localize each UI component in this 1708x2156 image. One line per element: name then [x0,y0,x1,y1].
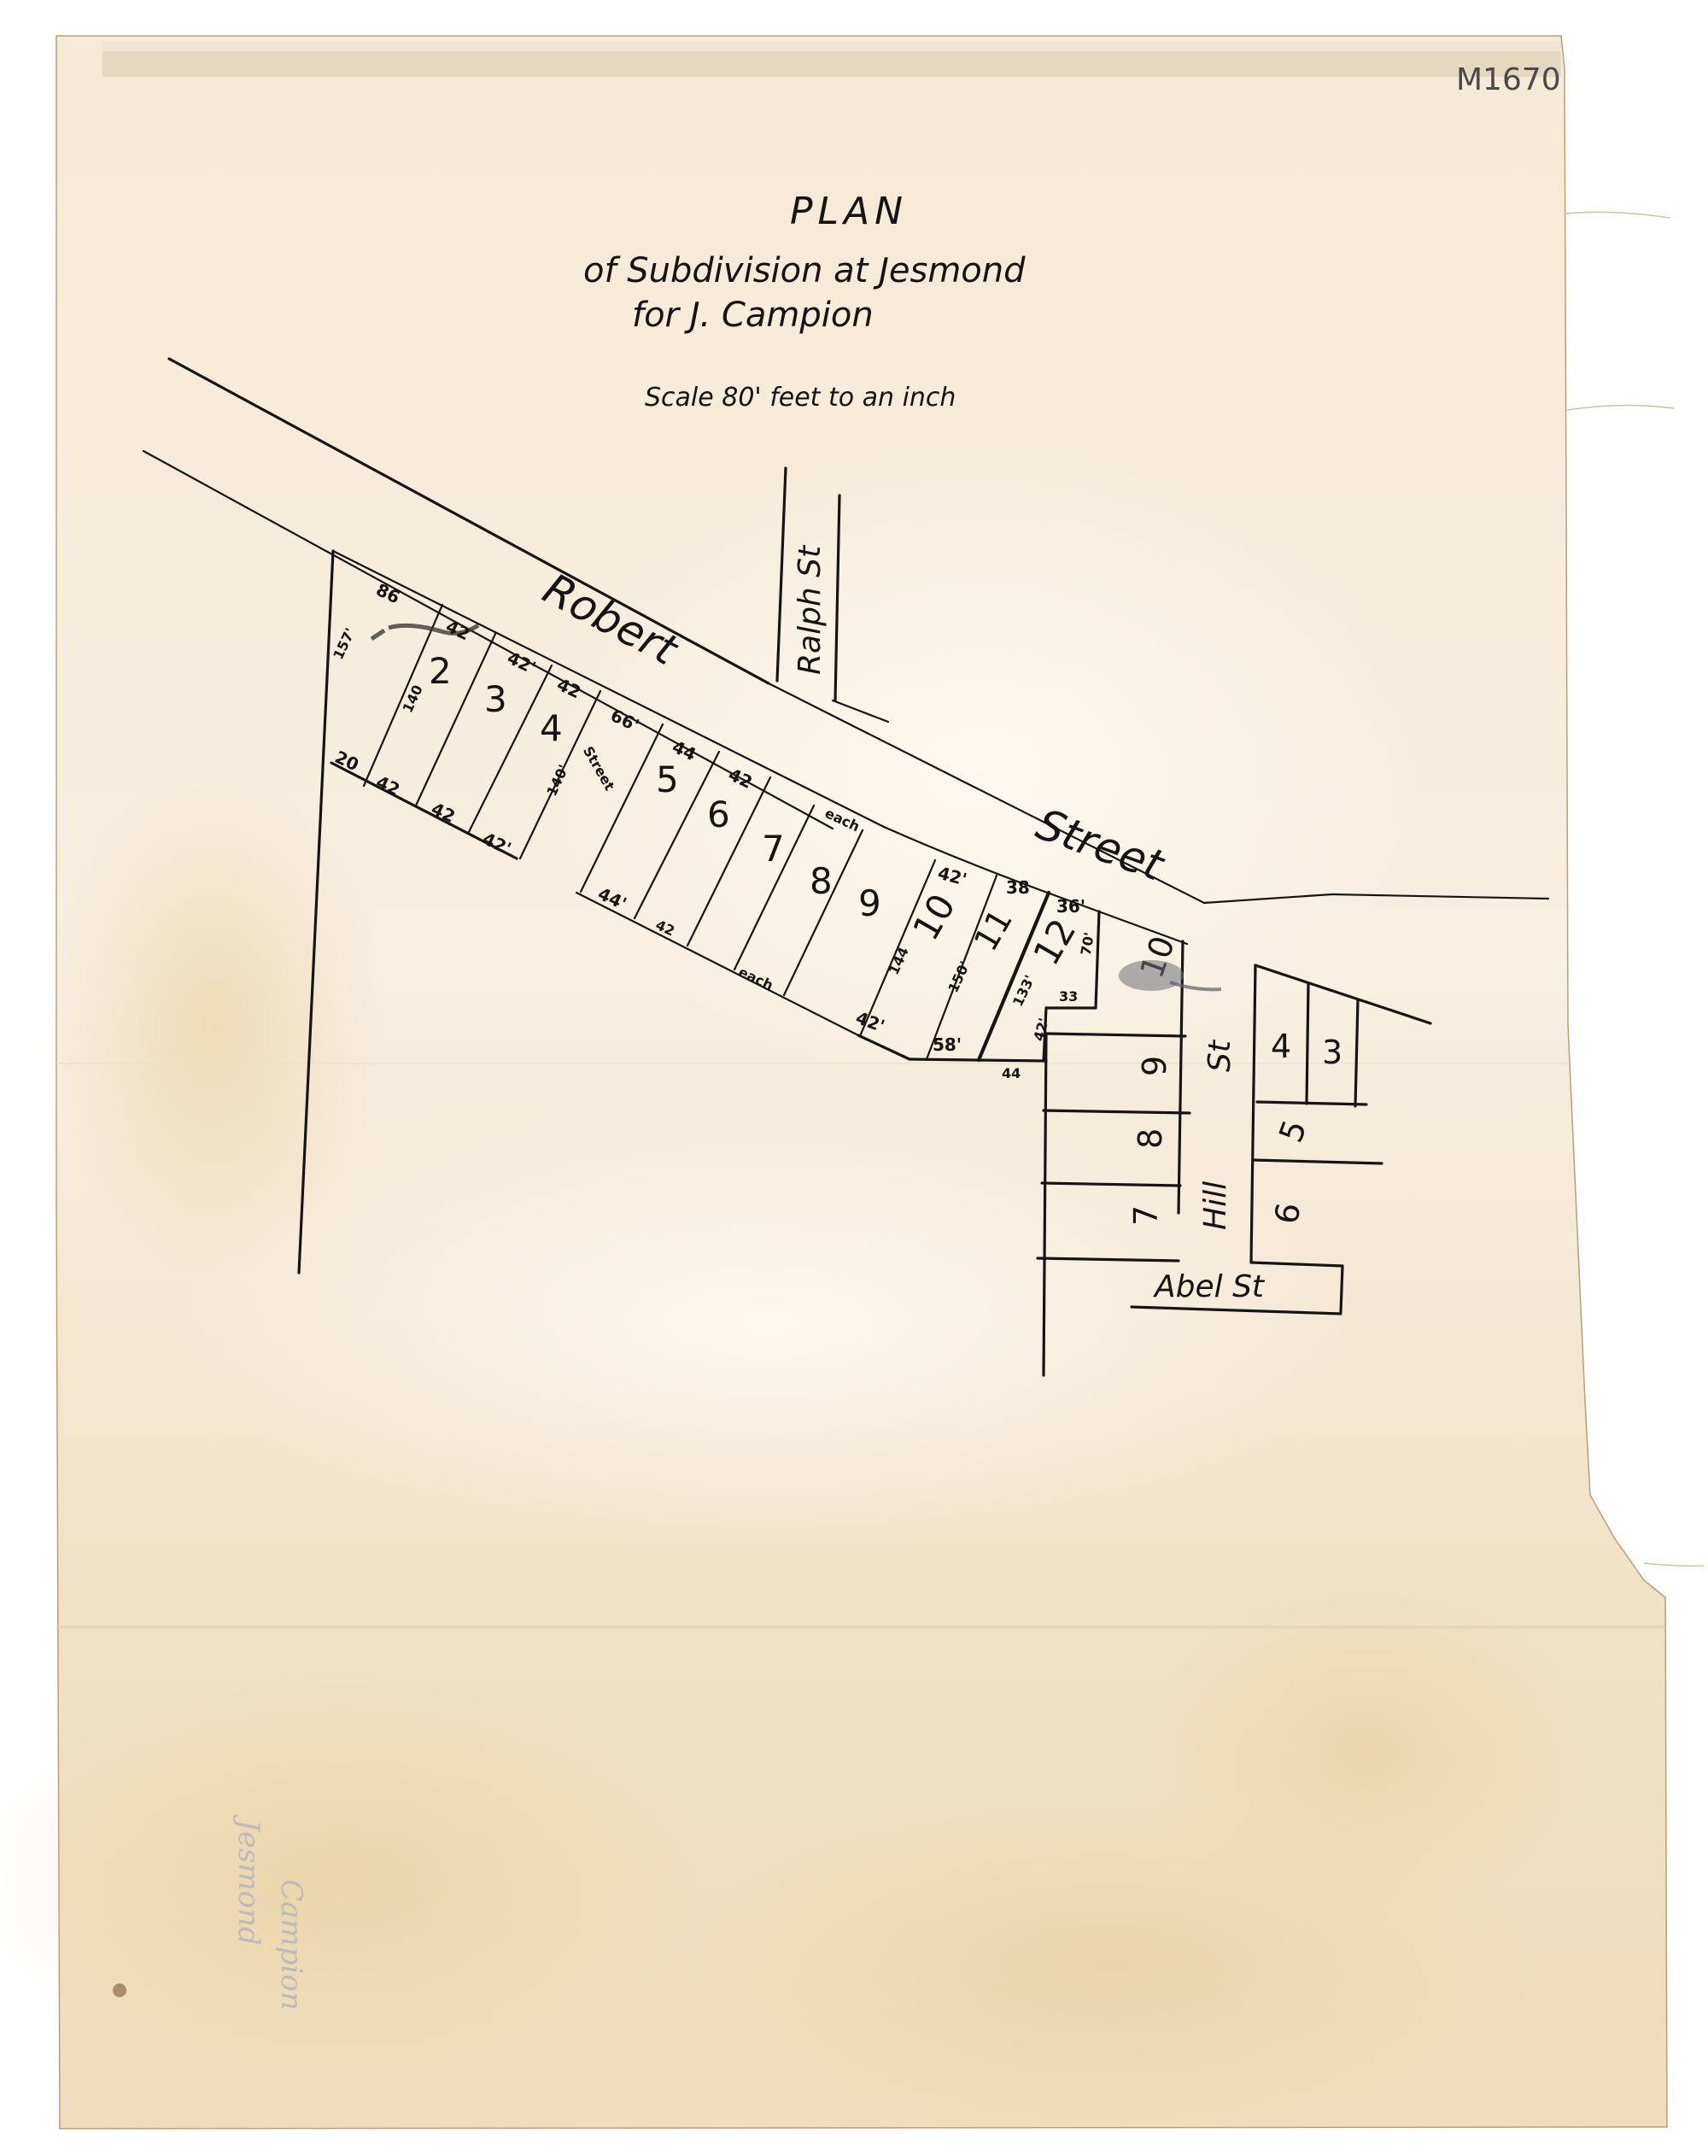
plan-owner: for J. Campion [632,296,874,335]
lot-4: 4 [540,707,563,749]
svg-text:Jesmond: Jesmond [231,1814,266,1946]
lot-3: 3 [484,678,507,720]
street-name-hill-st: St [1202,1039,1237,1072]
hill-lot-3: 3 [1322,1034,1342,1071]
lot-5: 5 [656,759,679,800]
hill-lot-7: 7 [1127,1205,1165,1226]
svg-text:38: 38 [1006,877,1030,898]
street-name-hill: Hill [1198,1181,1233,1230]
plan-subtitle: of Subdivision at Jesmond [583,251,1026,290]
hill-lot-9: 9 [1136,1056,1173,1076]
svg-text:Campion: Campion [274,1879,308,2011]
lot-8: 8 [810,860,833,902]
reference-number: M1670 [1456,62,1561,97]
lot-7: 7 [762,828,785,870]
svg-text:58': 58' [933,1034,962,1055]
lot-2: 2 [429,650,452,692]
street-name-ralph: Ralph St [793,544,828,675]
plan-title: PLAN [790,190,908,233]
survey-plan-sheet: M1670 PLAN of Subdivision at Jesmond for… [0,0,1708,2156]
svg-text:36': 36' [1056,896,1085,917]
plan-scale: Scale 80' feet to an inch [645,383,956,413]
lot-6: 6 [707,794,730,835]
svg-text:44: 44 [1002,1065,1021,1081]
svg-text:33: 33 [1059,988,1078,1005]
hill-lot-8: 8 [1132,1128,1169,1149]
tape-strip [102,51,1561,77]
hill-lot-4: 4 [1271,1028,1291,1065]
street-name-abel: Abel St [1153,1269,1266,1304]
ink-blot [1119,960,1184,991]
lot-9: 9 [858,882,881,924]
